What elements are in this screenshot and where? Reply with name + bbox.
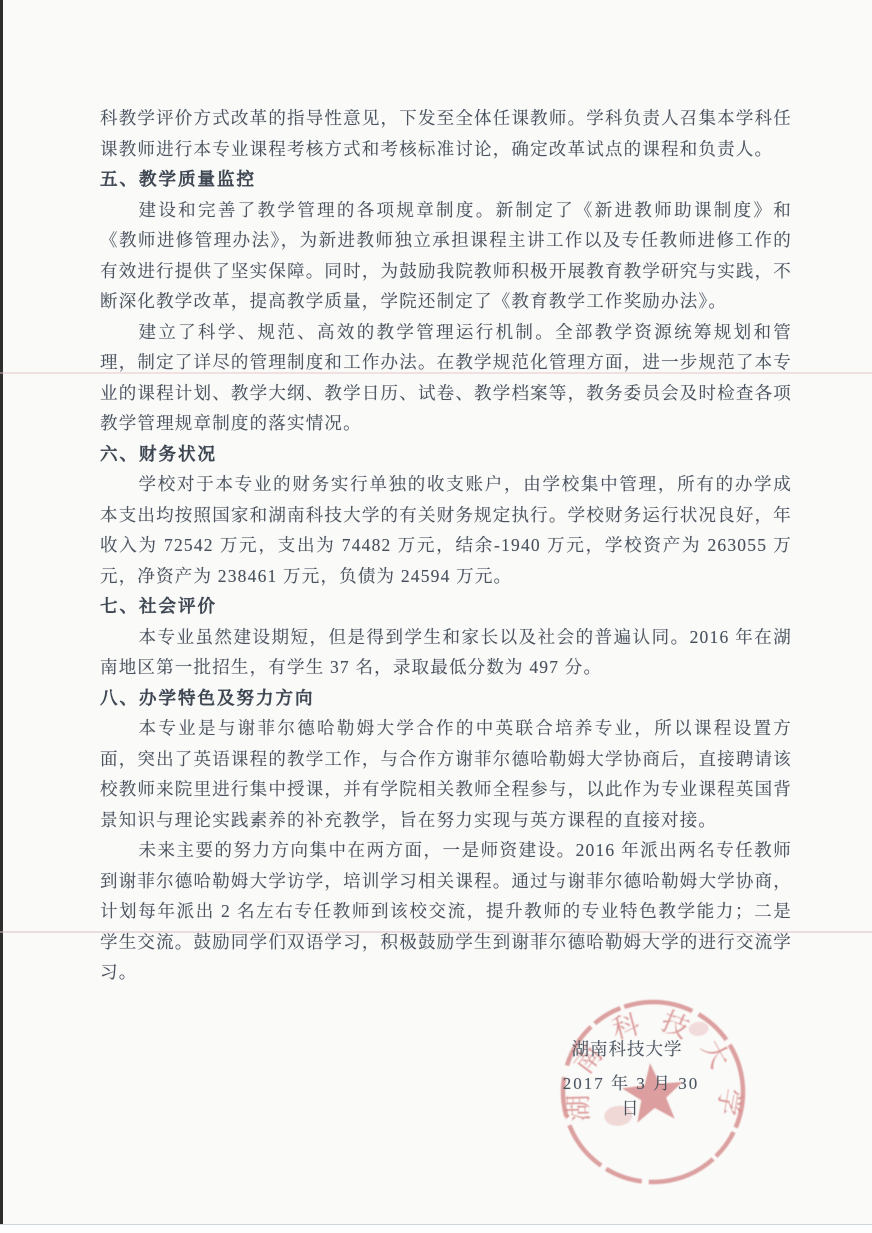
paper-bottom-edge: [0, 1224, 872, 1233]
paragraph: 学校对于本专业的财务实行单独的收支账户，由学校集中管理，所有的办学成本支出均按照…: [100, 469, 792, 591]
paragraph: 本专业是与谢菲尔德哈勒姆大学合作的中英联合培养专业，所以课程设置方面，突出了英语…: [100, 713, 792, 835]
paragraph: 本专业虽然建设期短，但是得到学生和家长以及社会的普遍认同。2016 年在湖南地区…: [100, 622, 792, 683]
document-body: 科教学评价方式改革的指导性意见，下发至全体任课教师。学科负责人召集本学科任课教师…: [100, 103, 792, 988]
sections: 五、教学质量监控建设和完善了教学管理的各项规章制度。新制定了《新进教师助课制度》…: [100, 164, 792, 988]
signature-organization: 湖南科技大学: [571, 1036, 683, 1061]
section-heading: 六、财务状况: [100, 439, 792, 470]
scan-edge-strip: [0, 0, 3, 1233]
paragraph: 建设和完善了教学管理的各项规章制度。新制定了《新进教师助课制度》和《教师进修管理…: [100, 195, 792, 317]
paragraph: 建立了科学、规范、高效的教学管理运行机制。全部教学资源统筹规划和管理，制定了详尽…: [100, 317, 792, 439]
section-heading: 七、社会评价: [100, 591, 792, 622]
scanned-document-page: 科教学评价方式改革的指导性意见，下发至全体任课教师。学科负责人召集本学科任课教师…: [0, 0, 872, 1233]
section-heading: 八、办学特色及努力方向: [100, 683, 792, 714]
signature-date: 2017 年 3 月 30 日: [560, 1069, 702, 1119]
paragraph: 未来主要的努力方向集中在两方面，一是师资建设。2016 年派出两名专任教师到谢菲…: [100, 835, 792, 988]
section-heading: 五、教学质量监控: [100, 164, 792, 195]
continuation-paragraph: 科教学评价方式改革的指导性意见，下发至全体任课教师。学科负责人召集本学科任课教师…: [100, 103, 792, 164]
